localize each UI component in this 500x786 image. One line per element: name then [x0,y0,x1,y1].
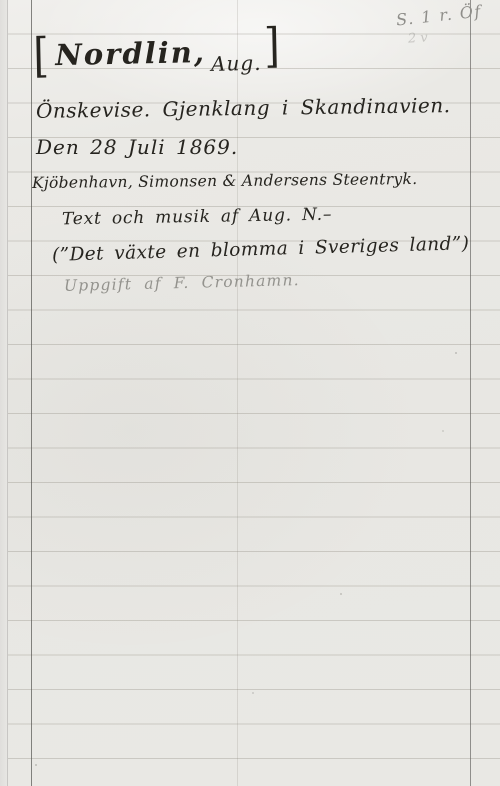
paper-left-edge [0,0,8,786]
composer-heading: [ Nordlin, Aug. ] [31,25,282,92]
date-line: Den 28 Juli 1869. [36,135,238,159]
closing-bracket: ] [264,20,281,72]
right-margin-line [470,0,471,786]
scanned-catalog-card: S. 1 r. Öf 2 v [ Nordlin, Aug. ] Önskevi… [0,0,500,786]
opening-bracket: [ [33,30,50,82]
pencil-shelfmark-ghost: 2 v [408,30,429,46]
composer-forename: Aug. [211,38,263,89]
composer-surname: Nordlin, [55,27,207,80]
left-margin-line [31,0,32,786]
